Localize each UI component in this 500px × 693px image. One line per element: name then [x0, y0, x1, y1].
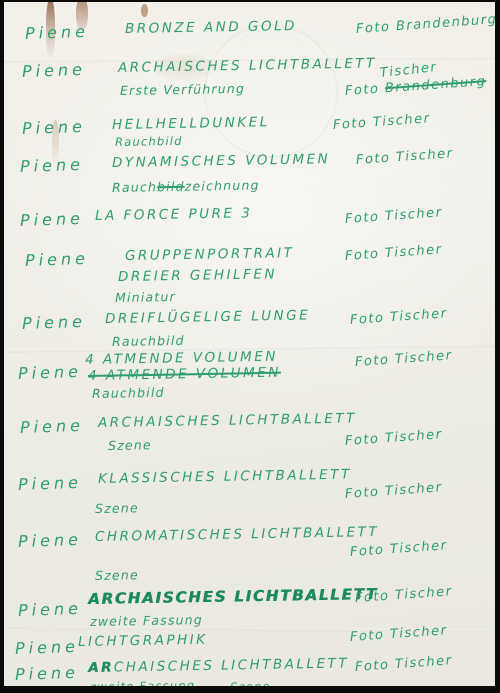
photo-credit: Foto Tischer	[349, 306, 447, 328]
photo-credit-prefix: Foto	[344, 82, 379, 99]
work-subtitle: Miniatur	[115, 289, 176, 305]
photo-credit: Foto Tischer	[344, 427, 442, 449]
artist-name: Piene	[18, 530, 83, 551]
work-title-rest: CHAISCHES LICHTBALLETT	[114, 655, 349, 675]
artist-name: Piene	[20, 155, 85, 176]
work-subtitle: Rauchbild	[112, 333, 185, 349]
work-title: ARCHAISCHES LICHTBALLETT	[98, 410, 357, 431]
work-subtitle: Erste Verführung	[120, 81, 245, 98]
work-title: ARCHAISCHES LICHTBALLETT	[88, 655, 349, 676]
work-title: LICHTGRAPHIK	[78, 632, 208, 650]
work-title: GRUPPENPORTRAIT	[125, 245, 295, 264]
work-subtitle: zweite Fassung	[90, 678, 196, 686]
artist-name: Piene	[15, 663, 80, 684]
subtitle-part: Rauch	[112, 179, 157, 195]
work-title: DYNAMISCHES VOLUMEN	[112, 151, 330, 171]
photo-credit: Foto Tischer	[344, 205, 442, 227]
artist-name: Piene	[18, 362, 83, 383]
artist-name: Piene	[20, 209, 85, 230]
photo-credit: Foto Tischer	[344, 242, 442, 264]
work-subtitle: Szene	[95, 567, 139, 583]
artist-name: Piene	[22, 117, 87, 138]
crossed-out-word: bild	[157, 179, 185, 194]
work-subtitle-2: Szene	[230, 679, 271, 686]
work-subtitle: Rauchbild	[92, 385, 165, 401]
work-title: ARCHAISCHES LICHTBALLETT	[88, 585, 378, 608]
rust-stain	[141, 4, 148, 17]
artist-name: Piene	[20, 416, 85, 437]
photo-credit: Foto Tischer	[355, 146, 453, 168]
artist-name: Piene	[25, 249, 90, 270]
work-title: LA FORCE PURE 3	[95, 205, 253, 224]
crossed-out-title: 4 ATMENDE VOLUMEN	[88, 365, 281, 384]
work-subtitle: Szene	[108, 437, 152, 453]
work-title: DREIFLÜGELIGE LUNGE	[105, 307, 310, 327]
work-title-line2: DREIER GEHILFEN	[118, 266, 277, 285]
work-title: KLASSISCHES LICHTBALLETT	[98, 467, 352, 487]
artist-name: Piene	[22, 60, 87, 81]
photo-credit: Foto Brandenburg	[355, 12, 495, 37]
work-subtitle: Szene	[95, 500, 139, 516]
work-title: CHROMATISCHES LICHTBALLETT	[95, 524, 379, 545]
work-subtitle: Rauchbildzeichnung	[112, 177, 260, 195]
work-title: HELLHELLDUNKEL	[112, 114, 270, 133]
work-title-bold-part: AR	[88, 660, 114, 676]
photo-credit: Foto Tischer	[344, 480, 442, 502]
photo-credit: Foto Tischer	[332, 111, 430, 133]
work-subtitle: Rauchbild	[115, 134, 183, 149]
artist-name: Piene	[18, 599, 83, 620]
photo-credit: Foto Tischer	[354, 653, 452, 675]
work-title: ARCHAISCHES LICHTBALLETT	[118, 55, 377, 76]
artist-name: Piene	[15, 637, 80, 658]
photo-credit: Foto Tischer	[354, 348, 452, 370]
work-title: BRONZE AND GOLD	[125, 18, 297, 37]
work-subtitle: zweite Fassung	[90, 612, 203, 629]
artist-name: Piene	[22, 312, 87, 333]
photo-credit: Foto Tischer	[349, 623, 447, 645]
artist-name: Piene	[18, 473, 83, 494]
subtitle-part: zeichnung	[185, 177, 260, 193]
artist-name: Piene	[25, 22, 90, 43]
photo-credit: Foto Brandenburg	[344, 74, 486, 99]
scanned-paper-sheet: Piene BRONZE AND GOLD Foto Brandenburg P…	[4, 2, 495, 686]
photo-credit: Foto Tischer	[349, 538, 447, 560]
